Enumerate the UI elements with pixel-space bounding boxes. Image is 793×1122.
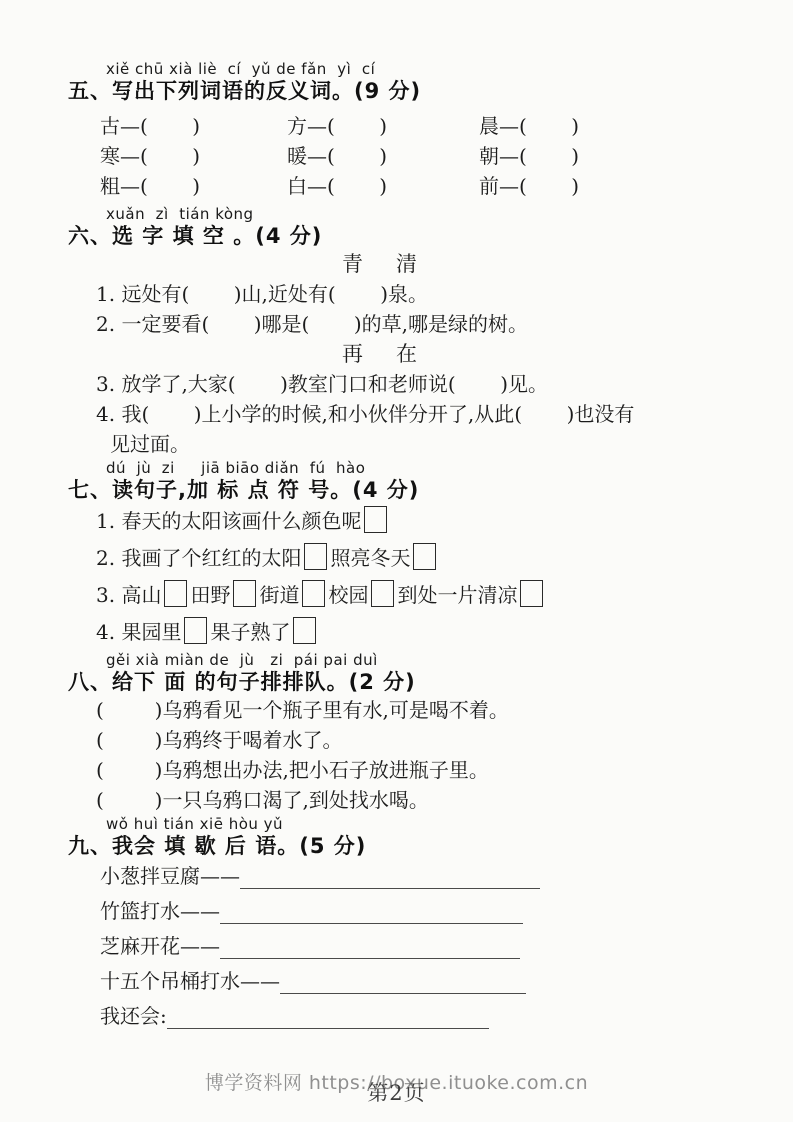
sentence: 2. 一定要看( )哪是( )的草,哪是绿的树。 [96, 309, 757, 339]
punctuation-box [364, 506, 387, 533]
antonym-item: 前—( ) [479, 171, 757, 201]
answer-blank [167, 1016, 489, 1029]
idiom-item: 竹篮打水—— [100, 894, 757, 929]
pinyin-line: xuǎn zì tián kòng [106, 205, 757, 223]
idiom-stem: 我还会: [100, 1004, 167, 1028]
punctuation-box [304, 543, 327, 570]
worksheet-content: xiě chū xià liè cí yǔ de fǎn yì cí 五、写出下… [0, 0, 793, 1034]
sentence: 4. 我( )上小学的时候,和小伙伴分开了,从此( )也没有 [96, 399, 757, 429]
section-title: 七、读句子,加 标 点 符 号。(4 分) [68, 478, 757, 503]
idiom-item: 我还会: [100, 999, 757, 1034]
pinyin-line: wǒ huì tián xiē hòu yǔ [106, 815, 757, 833]
sentence: 3. 放学了,大家( )教室门口和老师说( )见。 [96, 369, 757, 399]
sentence: 2. 我画了个红红的太阳照亮冬天 [96, 540, 757, 577]
ordering-sentence: ( )一只乌鸦口渴了,到处找水喝。 [96, 785, 757, 815]
antonym-item: 晨—( ) [479, 111, 757, 141]
antonym-grid: 古—( ) 方—( ) 晨—( ) 寒—( ) 暖—( ) 朝—( ) 粗—( … [100, 111, 757, 201]
punctuation-box [520, 580, 543, 607]
sentence-text: 街道 [259, 583, 299, 607]
section-title: 六、选 字 填 空 。(4 分) [68, 224, 757, 249]
punctuation-box [164, 580, 187, 607]
idiom-stem: 芝麻开花—— [100, 934, 220, 958]
answer-blank [240, 876, 540, 889]
pinyin-line: dú jù zi jiā biāo diǎn fú hào [106, 459, 757, 477]
answer-blank [220, 946, 520, 959]
choice-characters: 再 在 [68, 339, 697, 369]
page-number: 第2页 [0, 1077, 793, 1107]
section-title: 五、写出下列词语的反义词。(9 分) [68, 79, 757, 104]
sentence-text: 到处一片清凉 [397, 583, 517, 607]
sentence: 1. 春天的太阳该画什么颜色呢 [96, 503, 757, 540]
section-seven: dú jù zi jiā biāo diǎn fú hào 七、读句子,加 标 … [68, 459, 757, 651]
sentence-text: 照亮冬天 [330, 546, 410, 570]
answer-blank [220, 911, 523, 924]
ordering-sentence: ( )乌鸦终于喝着水了。 [96, 725, 757, 755]
antonym-item: 方—( ) [287, 111, 479, 141]
antonym-item: 古—( ) [100, 111, 287, 141]
punctuation-box [233, 580, 256, 607]
ordering-sentence: ( )乌鸦想出办法,把小石子放进瓶子里。 [96, 755, 757, 785]
idiom-stem: 小葱拌豆腐—— [100, 864, 240, 888]
pinyin-line: gěi xià miàn de jù zi pái pai duì [106, 651, 757, 669]
worksheet-page: xiě chū xià liè cí yǔ de fǎn yì cí 五、写出下… [0, 0, 793, 1122]
section-eight: gěi xià miàn de jù zi pái pai duì 八、给下 面… [68, 651, 757, 815]
sentence-text: 1. 春天的太阳该画什么颜色呢 [96, 509, 361, 533]
section-title: 九、我会 填 歇 后 语。(5 分) [68, 834, 757, 859]
antonym-item: 白—( ) [287, 171, 479, 201]
section-title: 八、给下 面 的句子排排队。(2 分) [68, 670, 757, 695]
pinyin-line: xiě chū xià liè cí yǔ de fǎn yì cí [106, 60, 757, 78]
punctuation-box [184, 617, 207, 644]
idiom-stem: 十五个吊桶打水—— [100, 969, 280, 993]
sentence: 3. 高山田野街道校园到处一片清凉 [96, 577, 757, 614]
sentence-text: 果子熟了 [210, 620, 290, 644]
antonym-item: 粗—( ) [100, 171, 287, 201]
sentence-text: 3. 高山 [96, 583, 161, 607]
sentence-text: 田野 [190, 583, 230, 607]
sentence-text: 2. 我画了个红红的太阳 [96, 546, 301, 570]
antonym-item: 寒—( ) [100, 141, 287, 171]
punctuation-box [302, 580, 325, 607]
choice-characters: 青 清 [68, 249, 697, 279]
antonym-item: 暖—( ) [287, 141, 479, 171]
idiom-item: 小葱拌豆腐—— [100, 859, 757, 894]
sentence: 1. 远处有( )山,近处有( )泉。 [96, 279, 757, 309]
section-nine: wǒ huì tián xiē hòu yǔ 九、我会 填 歇 后 语。(5 分… [68, 815, 757, 1034]
idiom-item: 芝麻开花—— [100, 929, 757, 964]
sentence-text: 校园 [328, 583, 368, 607]
punctuation-box [371, 580, 394, 607]
sentence-continuation: 见过面。 [110, 429, 757, 459]
section-five: xiě chū xià liè cí yǔ de fǎn yì cí 五、写出下… [68, 60, 757, 201]
ordering-sentence: ( )乌鸦看见一个瓶子里有水,可是喝不着。 [96, 695, 757, 725]
idiom-item: 十五个吊桶打水—— [100, 964, 757, 999]
answer-blank [280, 981, 526, 994]
punctuation-box [293, 617, 316, 644]
sentence: 4. 果园里果子熟了 [96, 614, 757, 651]
punctuation-box [413, 543, 436, 570]
section-six: xuǎn zì tián kòng 六、选 字 填 空 。(4 分) 青 清 1… [68, 205, 757, 459]
idiom-stem: 竹篮打水—— [100, 899, 220, 923]
antonym-item: 朝—( ) [479, 141, 757, 171]
sentence-text: 4. 果园里 [96, 620, 181, 644]
